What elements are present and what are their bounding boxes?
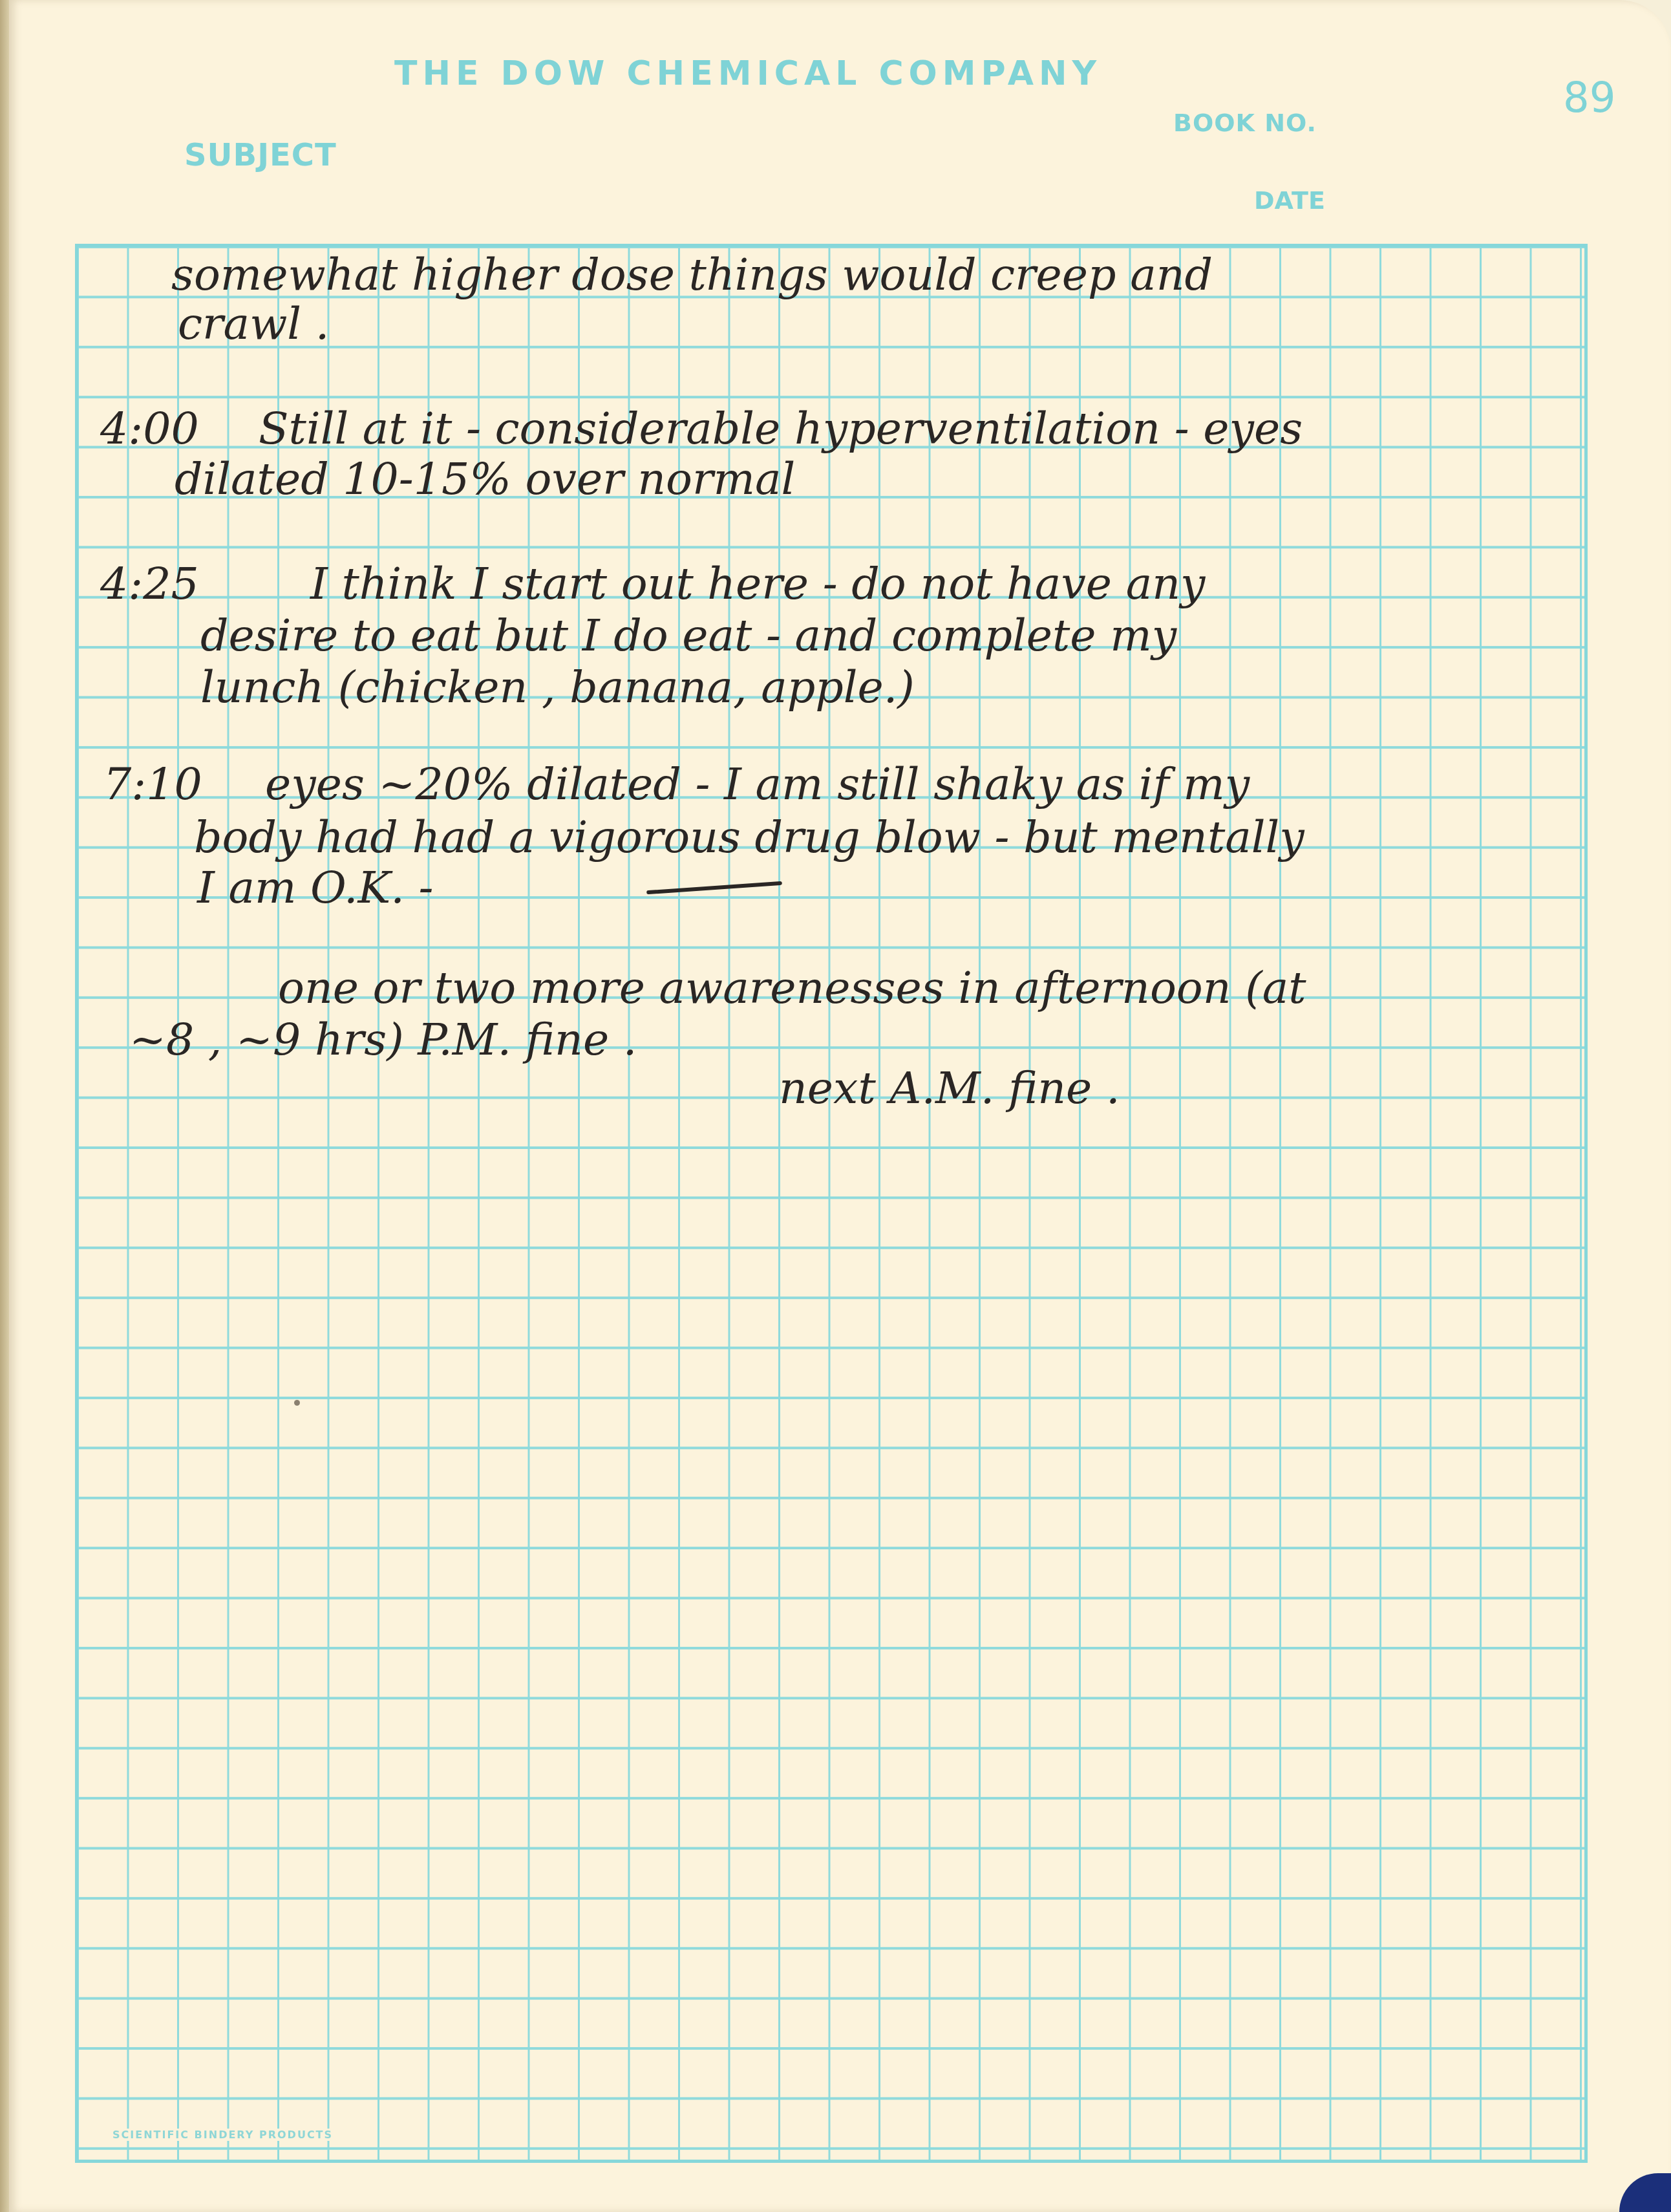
- graph-paper-grid: [75, 244, 1588, 2163]
- company-name: THE DOW CHEMICAL COMPANY: [394, 54, 1102, 93]
- entry-line: lunch (chicken , banana, apple.): [200, 666, 915, 710]
- paper-speck: [294, 1400, 300, 1406]
- entry-line: somewhat higher dose things would creep …: [171, 253, 1213, 297]
- entry-time: 4:00: [100, 407, 199, 451]
- entry-line: eyes ~20% dilated - I am still shaky as …: [265, 763, 1250, 807]
- entry-line: I think I start out here - do not have a…: [310, 563, 1205, 607]
- date-label: DATE: [1254, 186, 1325, 215]
- entry-line: desire to eat but I do eat - and complet…: [200, 614, 1176, 658]
- page-number: 89: [1563, 74, 1615, 122]
- entry-time: 7:10: [103, 763, 202, 807]
- entry-time: 4:25: [100, 563, 199, 607]
- entry-line: Still at it - considerable hyperventilat…: [259, 407, 1303, 451]
- entry-line: dilated 10-15% over normal: [175, 458, 795, 502]
- subject-label: SUBJECT: [184, 137, 337, 173]
- book-number-label: BOOK NO.: [1173, 109, 1317, 137]
- entry-line: body had had a vigorous drug blow - but …: [194, 816, 1304, 860]
- entry-line: crawl .: [178, 303, 329, 347]
- entry-line: one or two more awarenesses in afternoon…: [278, 967, 1306, 1011]
- entry-line: ~8 , ~9 hrs) P.M. fine .: [129, 1018, 637, 1062]
- entry-line: next A.M. fine .: [779, 1067, 1120, 1111]
- printer-mark: SCIENTIFIC BINDERY PRODUCTS: [110, 2129, 335, 2141]
- notebook-binding-edge: [0, 0, 9, 2212]
- entry-line: I am O.K. -: [197, 866, 434, 910]
